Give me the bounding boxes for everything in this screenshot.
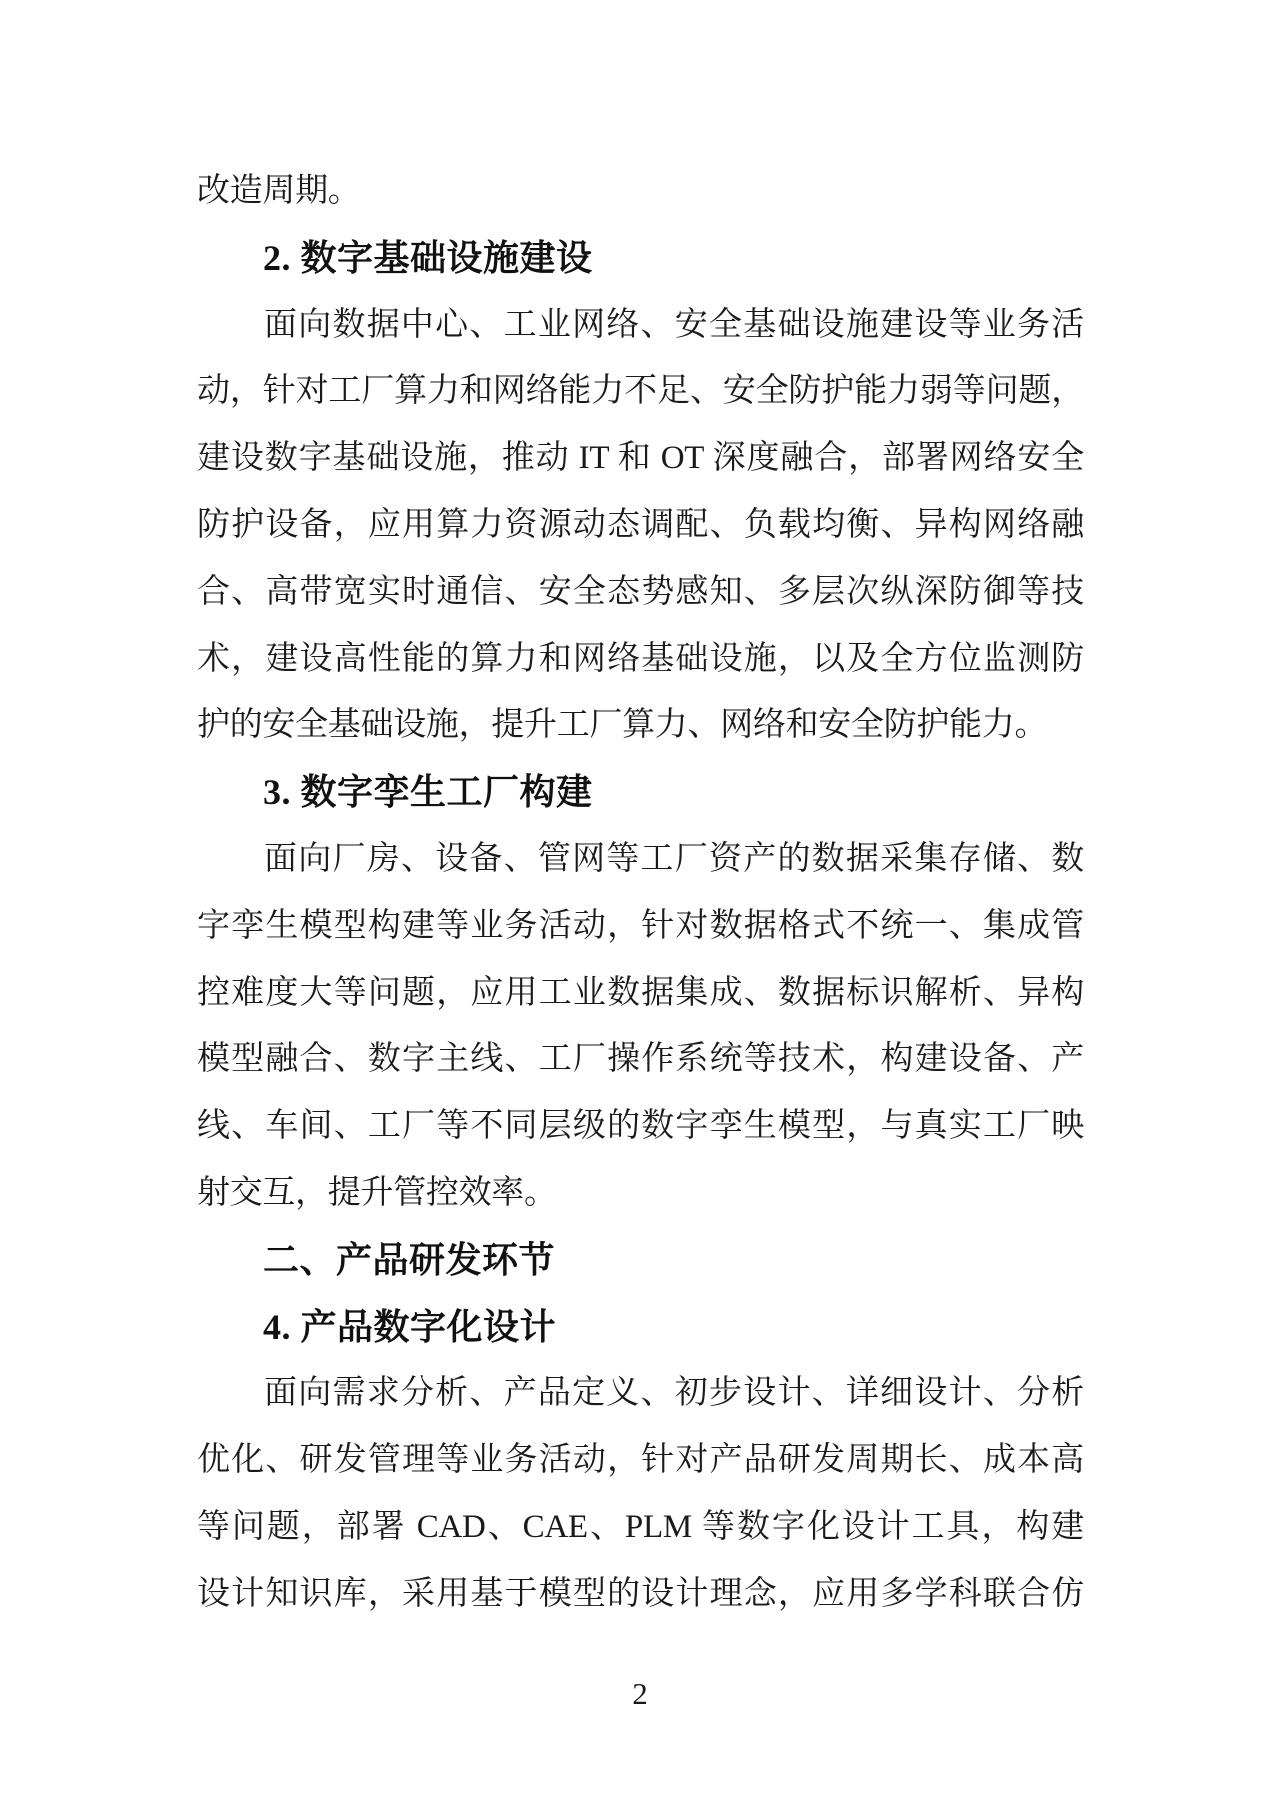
document-page: 改造周期。 2. 数字基础设施建设 面向数据中心、工业网络、安全基础设施建设等业…: [0, 0, 1280, 1810]
paragraph-line: 面向厂房、设备、管网等工厂资产的数据采集存储、数: [197, 826, 1084, 893]
paragraph-line: 字孪生模型构建等业务活动，针对数据格式不统一、集成管: [197, 893, 1084, 960]
paragraph-line: 模型融合、数字主线、工厂操作系统等技术，构建设备、产: [197, 1026, 1084, 1093]
paragraph-line: 面向数据中心、工业网络、安全基础设施建设等业务活: [197, 292, 1084, 359]
paragraph-line: 线、车间、工厂等不同层级的数字孪生模型，与真实工厂映: [197, 1093, 1084, 1160]
paragraph-line: 控难度大等问题，应用工业数据集成、数据标识解析、异构: [197, 960, 1084, 1027]
paragraph-line: 等问题，部署 CAD、CAE、PLM 等数字化设计工具，构建: [197, 1494, 1084, 1561]
paragraph-line: 防护设备，应用算力资源动态调配、负载均衡、异构网络融: [197, 492, 1084, 559]
paragraph-line: 护的安全基础设施，提升工厂算力、网络和安全防护能力。: [197, 692, 1084, 759]
text-block: 改造周期。 2. 数字基础设施建设 面向数据中心、工业网络、安全基础设施建设等业…: [197, 158, 1084, 1628]
paragraph-line: 动，针对工厂算力和网络能力不足、安全防护能力弱等问题，: [197, 358, 1084, 425]
paragraph-line: 射交互，提升管控效率。: [197, 1160, 1084, 1227]
paragraph-line: 优化、研发管理等业务活动，针对产品研发周期长、成本高: [197, 1427, 1084, 1494]
numbered-heading-2: 2. 数字基础设施建设: [197, 225, 1084, 292]
section-heading-product-rd: 二、产品研发环节: [197, 1227, 1084, 1294]
paragraph-line: 设计知识库，采用基于模型的设计理念，应用多学科联合仿: [197, 1561, 1084, 1628]
numbered-heading-3: 3. 数字孪生工厂构建: [197, 759, 1084, 826]
paragraph-line: 改造周期。: [197, 158, 1084, 225]
numbered-heading-4: 4. 产品数字化设计: [197, 1294, 1084, 1361]
paragraph-line: 面向需求分析、产品定义、初步设计、详细设计、分析: [197, 1360, 1084, 1427]
paragraph-line: 术，建设高性能的算力和网络基础设施，以及全方位监测防: [197, 626, 1084, 693]
page-number: 2: [0, 1672, 1280, 1716]
paragraph-line: 建设数字基础设施，推动 IT 和 OT 深度融合，部署网络安全: [197, 425, 1084, 492]
paragraph-line: 合、高带宽实时通信、安全态势感知、多层次纵深防御等技: [197, 559, 1084, 626]
